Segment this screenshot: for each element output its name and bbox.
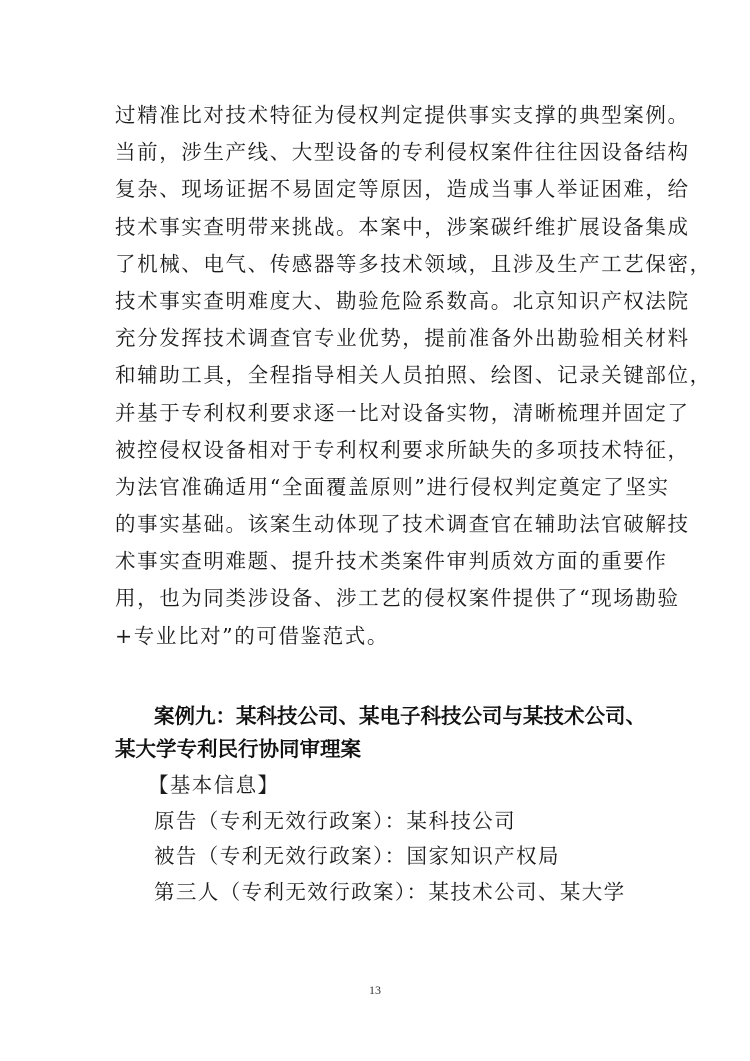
case-commentary-paragraph: 过精准比对技术特征为侵权判定提供事实支撑的典型案例。 当前，涉生产线、大型设备的… — [115, 97, 645, 655]
case-heading-line-2: 某大学专利民行协同审理案 — [115, 733, 655, 766]
text-line: 为法官准确适用“全面覆盖原则”进行侵权判定奠定了坚实 — [115, 469, 645, 506]
text-line: 用，也为同类涉设备、涉工艺的侵权案件提供了“现场勘验 — [115, 580, 645, 617]
text-line: +专业比对”的可借鉴范式。 — [115, 618, 645, 655]
text-line: 过精准比对技术特征为侵权判定提供事实支撑的典型案例。 — [115, 97, 645, 134]
text-line: 充分发挥技术调查官专业优势，提前准备外出勘验相关材料 — [115, 320, 645, 357]
text-line: 技术事实查明难度大、勘验危险系数高。北京知识产权法院 — [115, 283, 645, 320]
third-party-line: 第三人（专利无效行政案）：某技术公司、某大学 — [154, 875, 654, 911]
defendant-line: 被告（专利无效行政案）：国家知识产权局 — [154, 839, 654, 875]
case-heading: 案例九：某科技公司、某电子科技公司与某技术公司、 某大学专利民行协同审理案 — [115, 700, 655, 766]
text-line: 术事实查明难题、提升技术类案件审判质效方面的重要作 — [115, 543, 645, 580]
page-number: 13 — [365, 983, 385, 998]
basic-info-section: 【基本信息】 原告（专利无效行政案）：某科技公司 被告（专利无效行政案）：国家知… — [154, 768, 654, 910]
text-line: 并基于专利权利要求逐一比对设备实物，清晰梳理并固定了 — [115, 395, 645, 432]
text-line: 被控侵权设备相对于专利权利要求所缺失的多项技术特征， — [115, 432, 645, 469]
text-line: 当前，涉生产线、大型设备的专利侵权案件往往因设备结构 — [115, 134, 645, 171]
case-heading-line-1: 案例九：某科技公司、某电子科技公司与某技术公司、 — [115, 700, 655, 733]
basic-info-label: 【基本信息】 — [148, 768, 654, 804]
text-line: 的事实基础。该案生动体现了技术调查官在辅助法官破解技 — [115, 506, 645, 543]
text-line: 复杂、现场证据不易固定等原因，造成当事人举证困难，给 — [115, 171, 645, 208]
text-line: 技术事实查明带来挑战。本案中，涉案碳纤维扩展设备集成 — [115, 209, 645, 246]
document-page: 过精准比对技术特征为侵权判定提供事实支撑的典型案例。 当前，涉生产线、大型设备的… — [0, 0, 750, 1061]
plaintiff-line: 原告（专利无效行政案）：某科技公司 — [154, 804, 654, 840]
text-line: 和辅助工具，全程指导相关人员拍照、绘图、记录关键部位， — [115, 357, 645, 394]
text-line: 了机械、电气、传感器等多技术领域，且涉及生产工艺保密， — [115, 246, 645, 283]
